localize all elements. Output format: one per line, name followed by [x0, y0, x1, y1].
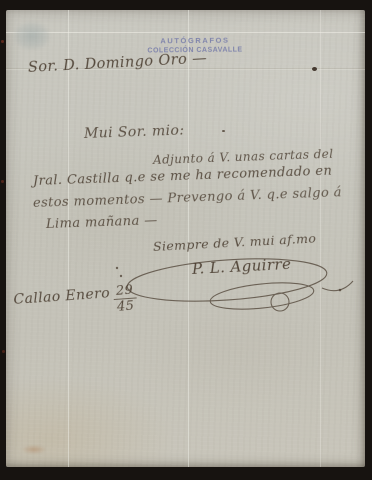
dateline-fraction: 2945	[112, 283, 137, 314]
scan-frame: AUTÓGRAFOS COLECCIÓN CASAVALLE Sor. D. D…	[0, 0, 372, 480]
dateline-year: 45	[113, 298, 137, 314]
dateline-day: 29	[112, 283, 136, 300]
stamp-line-1: AUTÓGRAFOS	[140, 35, 250, 45]
